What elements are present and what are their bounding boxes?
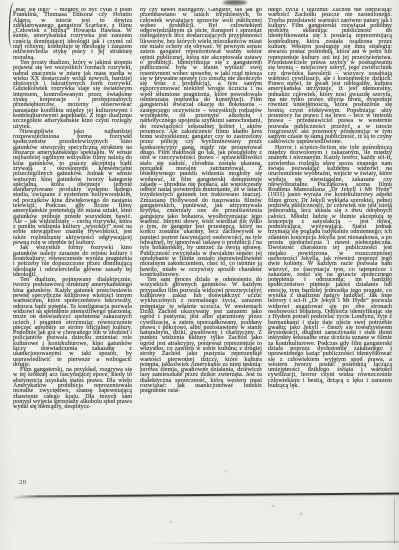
paragraph: Niewątpliwie jako najbardziej rozpowszec… (13, 130, 132, 247)
scan-artifact-page-bottom-edge (14, 492, 399, 497)
paragraph: „mać się tego” – mógłby to być cytat z p… (13, 8, 132, 61)
paragraph: Horror i science-fiction nie tyle pośred… (268, 146, 392, 390)
paragraph: dłego życia i ujarzmić Zachód nie odrzuc… (268, 8, 392, 146)
paragraph: Film gangsterski, na przykład, rozgrywa … (13, 368, 132, 410)
text-column-right: dłego życia i ujarzmić Zachód nie odrzuc… (268, 8, 392, 490)
text-column-middle: ny czy nawet nielegalny. Gangster, tak j… (140, 8, 262, 490)
scan-artifact-speck (170, 521, 172, 523)
scan-artifact-right-edge (394, 498, 395, 544)
paragraph: Ten sam proces działa w odniesieniu do w… (140, 278, 262, 395)
scan-artifact-speck (300, 513, 302, 515)
paragraph: ny czy nawet nielegalny. Gangster, tak j… (140, 8, 262, 278)
paragraph: Ten prosty dualizm, który w jakimś stopn… (13, 61, 132, 130)
paragraph: Jak wszystkie formy rozrywki kino gatunk… (13, 246, 132, 278)
paragraph: Ten dualizm, pojmowany dialektycznie, tw… (13, 278, 132, 368)
scanned-book-page: „mać się tego” – mógłby to być cytat z p… (0, 0, 399, 550)
scan-artifact-smudge (223, 0, 247, 5)
page-number: 20 (19, 479, 26, 486)
scan-artifact-lower-edge (145, 541, 399, 543)
scan-artifact-speck (225, 470, 227, 472)
text-column-left: „mać się tego” – mógłby to być cytat z p… (13, 8, 132, 490)
scan-artifact-speck (272, 505, 274, 507)
